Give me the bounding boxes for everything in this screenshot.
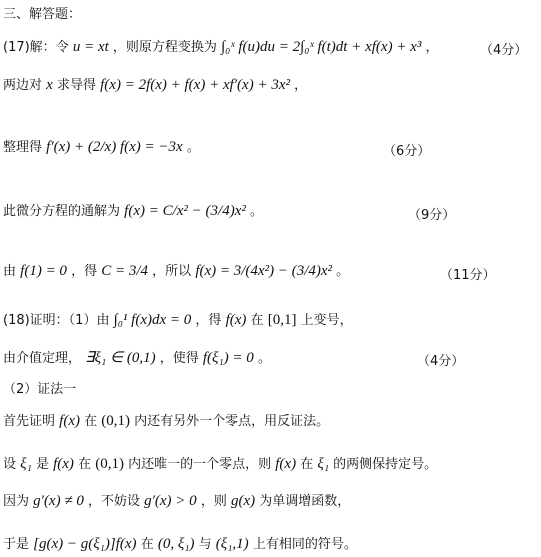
text: 首先证明 <box>3 414 55 429</box>
function: f(x) <box>53 456 74 472</box>
text: 由介值定理， <box>3 351 81 366</box>
function: f(x) <box>59 413 80 429</box>
text: 与 <box>199 537 212 552</box>
text: 整理得 <box>3 140 42 155</box>
interval: (0,1) <box>95 456 124 472</box>
text: 内还唯一的一个零点，则 <box>128 457 271 472</box>
xi: ξ₁ <box>317 456 329 472</box>
text: 求导得 <box>57 78 96 93</box>
q18-part2-line: （2）证法一 <box>3 381 76 399</box>
text: ，不妨设 <box>88 494 140 509</box>
text: ， <box>425 40 438 55</box>
q18-thus-line: 于是 [g(x) − g(ξ₁)]f(x) 在 (0, ξ₁) 与 (ξ₁,1)… <box>3 535 357 554</box>
q17-diff-line: 两边对 x 求导得 f(x) = 2f(x) + f(x) + xf′(x) +… <box>3 76 307 95</box>
text: 在 <box>141 537 154 552</box>
q17-simplify-line: 整理得 f′(x) + (2/x) f(x) = −3x 。 <box>3 138 200 157</box>
text: 在 <box>78 457 91 472</box>
text: 上有相同的符号。 <box>253 537 357 552</box>
c-value: C = 3/4 <box>101 263 148 279</box>
text: ，所以 <box>152 264 191 279</box>
substitution: u = xt <box>73 39 109 55</box>
text: 在 <box>251 313 264 328</box>
text: 因为 <box>3 494 29 509</box>
q17-label: (17)解：令 <box>3 40 69 55</box>
condition: f(1) = 0 <box>20 263 67 279</box>
integral-condition: ∫₀¹ f(x)dx = 0 <box>114 312 192 328</box>
text: 在 <box>300 457 313 472</box>
text: 为单调增函数， <box>259 494 350 509</box>
q17-final-line: 由 f(1) = 0 ，得 C = 3/4 ，所以 f(x) = 3/(4x²)… <box>3 262 349 281</box>
text: 在 <box>84 414 97 429</box>
text: 两边对 <box>3 78 42 93</box>
text: ，得 <box>71 264 97 279</box>
q18-assume-line: 设 ξ₁ 是 f(x) 在 (0,1) 内还唯一的一个零点，则 f(x) 在 ξ… <box>3 455 437 474</box>
score-9: （9分） <box>408 204 455 223</box>
particular-solution: f(x) = 3/(4x²) − (3/4)x² <box>195 263 332 279</box>
function: f(x) <box>275 456 296 472</box>
section-title: 三、解答题： <box>3 6 81 24</box>
q17-intro-line: (17)解：令 u = xt ，则原方程变换为 ∫₀ˣ f(u)du = 2∫₀… <box>3 38 439 57</box>
q18-because-line: 因为 g′(x) ≠ 0 ，不妨设 g′(x) > 0 ，则 g(x) 为单调增… <box>3 492 350 511</box>
text: 内还有另外一个零点，用反证法。 <box>134 414 329 429</box>
general-solution: f(x) = C/x² − (3/4)x² <box>124 203 246 219</box>
function: f(x) <box>226 312 247 328</box>
text: 。 <box>258 351 271 366</box>
interval-right: (ξ₁,1) <box>216 536 249 552</box>
integral-equation: ∫₀ˣ f(u)du = 2∫₀ˣ f(t)dt + xf(x) + x³ <box>221 39 421 55</box>
product-expression: [g(x) − g(ξ₁)]f(x) <box>33 536 136 552</box>
derivative-positive: g′(x) > 0 <box>144 493 197 509</box>
text: ，则 <box>201 494 227 509</box>
score-11: （11分） <box>440 264 496 283</box>
zero-equation: f(ξ₁) = 0 <box>203 350 254 366</box>
derivative-equation: f(x) = 2f(x) + f(x) + xf′(x) + 3x² <box>100 77 290 93</box>
interval-left: (0, ξ₁) <box>158 536 195 552</box>
text: 。 <box>187 140 200 155</box>
ode-equation: f′(x) + (2/x) f(x) = −3x <box>46 139 183 155</box>
text: 。 <box>336 264 349 279</box>
function-g: g(x) <box>231 493 255 509</box>
score-4: （4分） <box>480 39 527 58</box>
text: ，得 <box>195 313 221 328</box>
text: 设 <box>3 457 16 472</box>
text: 。 <box>250 204 263 219</box>
text: ， <box>294 78 307 93</box>
text: 此微分方程的通解为 <box>3 204 120 219</box>
text: 于是 <box>3 537 29 552</box>
derivative-nonzero: g′(x) ≠ 0 <box>33 493 84 509</box>
existence: ∃ξ₁ ∈ (0,1) <box>85 350 155 366</box>
q18-part1-line: (18)证明：（1）由 ∫₀¹ f(x)dx = 0 ，得 f(x) 在 [0,… <box>3 311 353 330</box>
q18-ivt-line: 由介值定理， ∃ξ₁ ∈ (0,1) ，使得 f(ξ₁) = 0 。 <box>3 349 271 368</box>
text: 是 <box>36 457 49 472</box>
text: 的两侧保持定号。 <box>333 457 437 472</box>
interval: [0,1] <box>268 312 297 328</box>
text: 上变号， <box>301 313 353 328</box>
q17-general-line: 此微分方程的通解为 f(x) = C/x² − (3/4)x² 。 <box>3 202 263 221</box>
interval: (0,1) <box>101 413 130 429</box>
text: 由 <box>3 264 16 279</box>
text: ，使得 <box>160 351 199 366</box>
score-4b: （4分） <box>417 350 464 369</box>
text: ，则原方程变换为 <box>113 40 217 55</box>
q18-label: (18)证明：（1）由 <box>3 313 109 328</box>
xi: ξ₁ <box>20 456 32 472</box>
q18-first-line: 首先证明 f(x) 在 (0,1) 内还有另外一个零点，用反证法。 <box>3 412 329 431</box>
variable: x <box>46 77 53 93</box>
score-6: （6分） <box>383 140 430 159</box>
